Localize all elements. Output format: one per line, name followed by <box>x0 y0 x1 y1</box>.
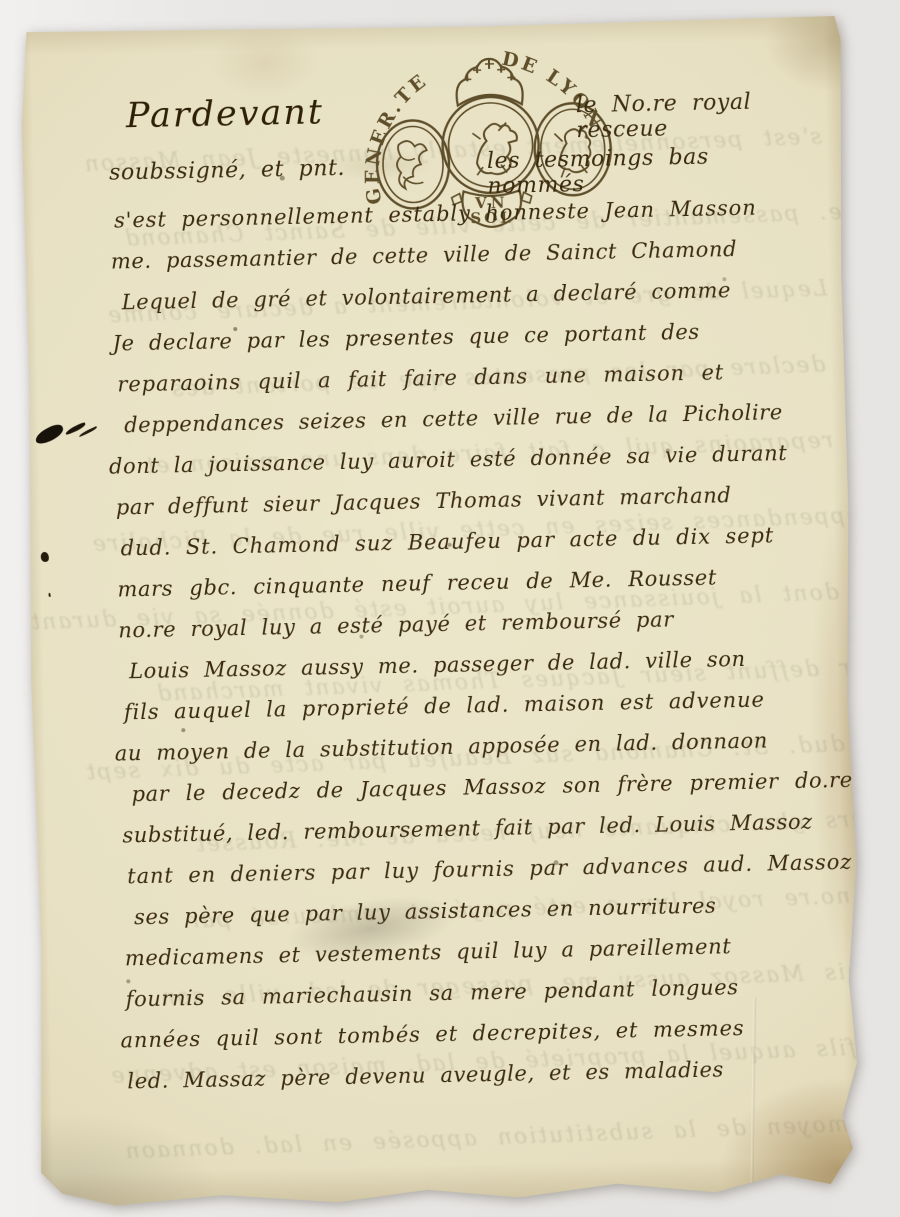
faint-stain <box>321 144 442 186</box>
opening-word: Pardevant <box>126 92 325 136</box>
manuscript-paper: s'est personnellement estably honneste J… <box>18 16 863 1208</box>
ink-blot-small-icon <box>41 552 49 562</box>
second-line-right: les tesmoings bas nommés <box>487 143 800 199</box>
second-line-left: soubssigné, et pnt. <box>109 156 345 186</box>
manuscript-lines: s'est personnellement estably honneste J… <box>110 187 818 1103</box>
ink-specks <box>18 32 20 34</box>
first-line-right: le No.re royal resceue <box>576 89 799 143</box>
manuscript-paper-wrapper: s'est personnellement estably honneste J… <box>18 16 863 1208</box>
photo-backdrop: s'est personnellement estably honneste J… <box>0 0 900 1217</box>
